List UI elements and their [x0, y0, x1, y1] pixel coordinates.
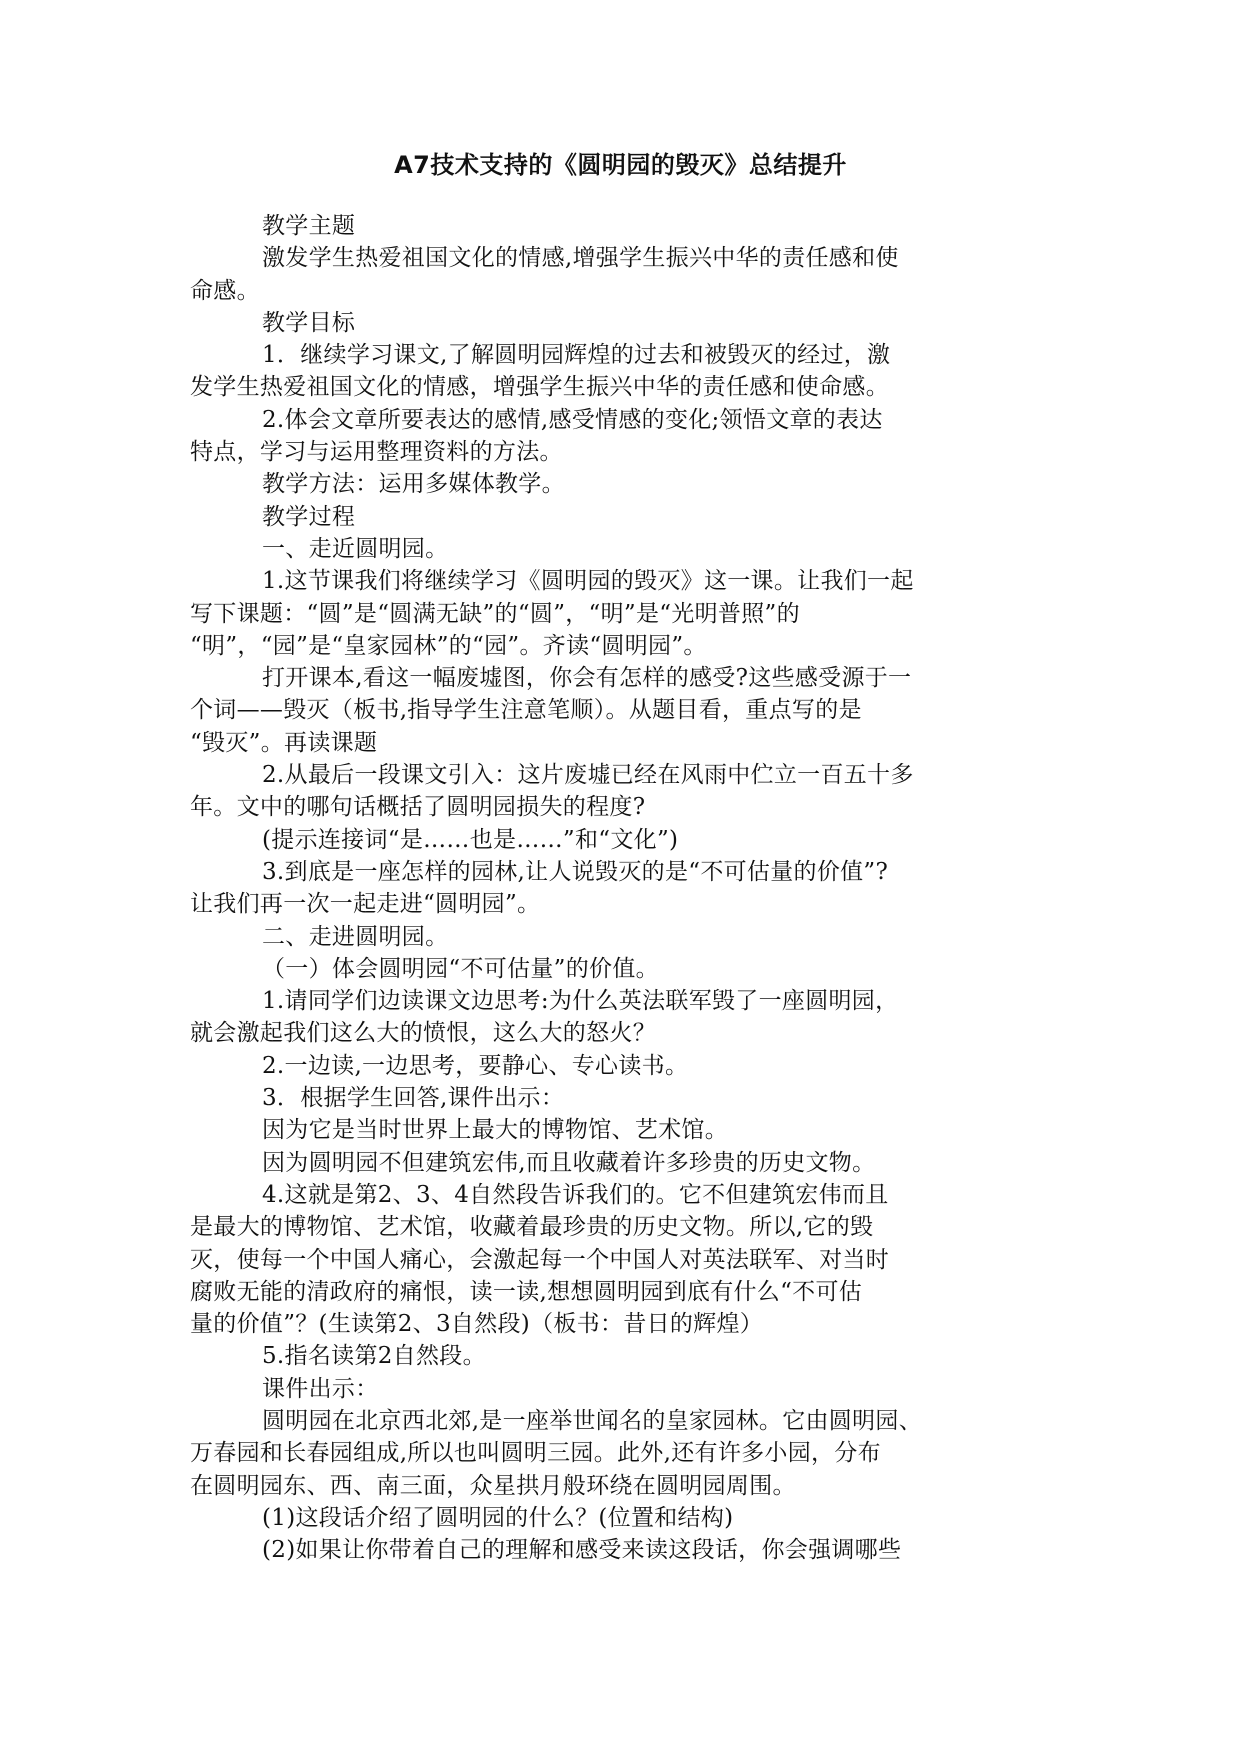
text-line: 教学目标 [190, 307, 970, 339]
document-title: A7技术支持的《圆明园的毁灭》总结提升 [0, 150, 1241, 180]
text-line: 2.一边读,一边思考，要静心、专心读书。 [190, 1050, 970, 1082]
text-line: 5.指名读第2自然段。 [190, 1340, 970, 1372]
document-body: 教学主题激发学生热爱祖国文化的情感,增强学生振兴中华的责任感和使命感。教学目标1… [190, 210, 970, 1566]
text-line: (2)如果让你带着自己的理解和感受来读这段话，你会强调哪些 [190, 1534, 970, 1566]
text-line: “毁灭”。再读课题 [190, 727, 970, 759]
text-line: 写下课题：“圆”是“圆满无缺”的“圆”，“明”是“光明普照”的 [190, 598, 970, 630]
text-line: 在圆明园东、西、南三面，众星拱月般环绕在圆明园周围。 [190, 1470, 970, 1502]
text-line: 1.这节课我们将继续学习《圆明园的毁灭》这一课。让我们一起 [190, 565, 970, 597]
text-line: 让我们再一次一起走进“圆明园”。 [190, 888, 970, 920]
text-line: (提示连接词“是……也是……”和“文化”) [190, 824, 970, 856]
text-line: 腐败无能的清政府的痛恨，读一读,想想圆明园到底有什么“不可估 [190, 1276, 970, 1308]
text-line: 灭，使每一个中国人痛心，会激起每一个中国人对英法联军、对当时 [190, 1244, 970, 1276]
text-line: 因为它是当时世界上最大的博物馆、艺术馆。 [190, 1114, 970, 1146]
text-line: 4.这就是第2、3、4自然段告诉我们的。它不但建筑宏伟而且 [190, 1179, 970, 1211]
text-line: 是最大的博物馆、艺术馆，收藏着最珍贵的历史文物。所以,它的毁 [190, 1211, 970, 1243]
text-line: 1．继续学习课文,了解圆明园辉煌的过去和被毁灭的经过，激 [190, 339, 970, 371]
text-line: 1.请同学们边读课文边思考:为什么英法联军毁了一座圆明园， [190, 985, 970, 1017]
text-line: 一、走近圆明园。 [190, 533, 970, 565]
text-line: 个词——毁灭（板书,指导学生注意笔顺）。从题目看，重点写的是 [190, 694, 970, 726]
text-line: 激发学生热爱祖国文化的情感,增强学生振兴中华的责任感和使 [190, 242, 970, 274]
text-line: 2.体会文章所要表达的感情,感受情感的变化;领悟文章的表达 [190, 404, 970, 436]
text-line: 命感。 [190, 275, 970, 307]
text-line: 教学主题 [190, 210, 970, 242]
text-line: (1)这段话介绍了圆明园的什么？(位置和结构) [190, 1502, 970, 1534]
text-line: 年。文中的哪句话概括了圆明园损失的程度? [190, 791, 970, 823]
text-line: 打开课本,看这一幅废墟图，你会有怎样的感受?这些感受源于一 [190, 662, 970, 694]
text-line: 教学方法：运用多媒体教学。 [190, 468, 970, 500]
text-line: 3．根据学生回答,课件出示： [190, 1082, 970, 1114]
text-line: 教学过程 [190, 501, 970, 533]
text-line: 特点，学习与运用整理资料的方法。 [190, 436, 970, 468]
document-page: A7技术支持的《圆明园的毁灭》总结提升 教学主题激发学生热爱祖国文化的情感,增强… [0, 0, 1241, 1754]
text-line: 发学生热爱祖国文化的情感，增强学生振兴中华的责任感和使命感。 [190, 371, 970, 403]
text-line: 就会激起我们这么大的愤恨，这么大的怒火？ [190, 1017, 970, 1049]
text-line: 3.到底是一座怎样的园林,让人说毁灭的是“不可估量的价值”? [190, 856, 970, 888]
text-line: 因为圆明园不但建筑宏伟,而且收藏着许多珍贵的历史文物。 [190, 1147, 970, 1179]
text-line: 万春园和长春园组成,所以也叫圆明三园。此外,还有许多小园，分布 [190, 1437, 970, 1469]
text-line: 圆明园在北京西北郊,是一座举世闻名的皇家园林。它由圆明园、 [190, 1405, 970, 1437]
text-line: （一）体会圆明园“不可估量”的价值。 [190, 953, 970, 985]
text-line: 2.从最后一段课文引入：这片废墟已经在风雨中伫立一百五十多 [190, 759, 970, 791]
text-line: “明”，“园”是“皇家园林”的“园”。齐读“圆明园”。 [190, 630, 970, 662]
text-line: 量的价值”？(生读第2、3自然段)（板书：昔日的辉煌） [190, 1308, 970, 1340]
text-line: 课件出示： [190, 1373, 970, 1405]
text-line: 二、走进圆明园。 [190, 921, 970, 953]
